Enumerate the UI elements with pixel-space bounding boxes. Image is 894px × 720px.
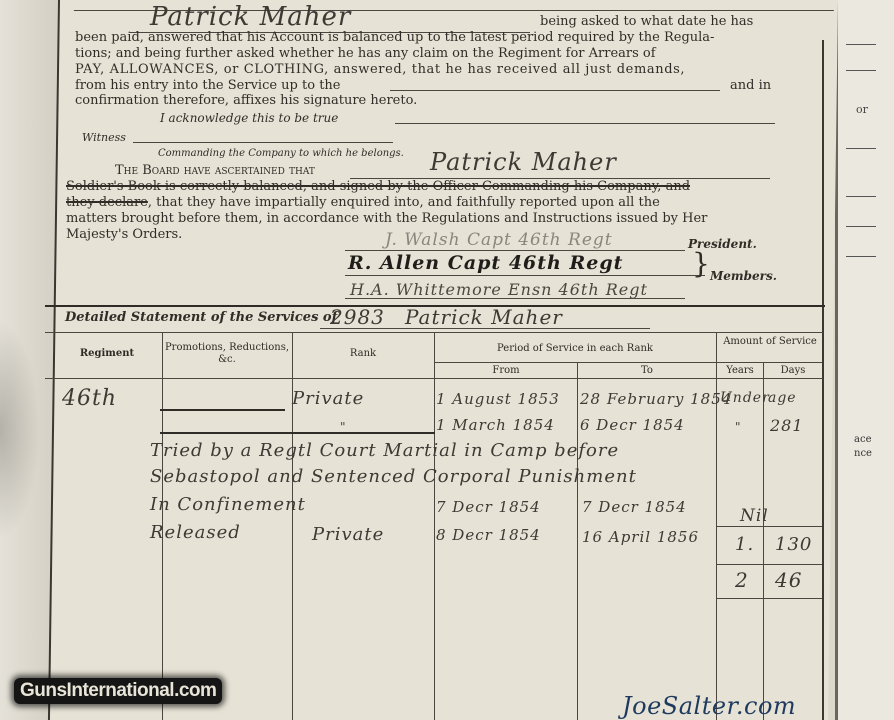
- adjacent-page-text: or: [856, 103, 868, 116]
- row-1-promotion-blank: [160, 409, 285, 411]
- joesalter-watermark: JoeSalter.com: [622, 692, 796, 720]
- row-2-years: ": [735, 420, 742, 434]
- row-1-from: 1 August 1853: [436, 390, 560, 408]
- released-to: 16 April 1856: [582, 528, 699, 546]
- header-from: From: [436, 365, 576, 377]
- header-to: To: [578, 365, 716, 377]
- column-divider: [577, 362, 578, 720]
- row-2-days: 281: [770, 416, 804, 435]
- total-bottom-line: [716, 598, 822, 599]
- header-amount: Amount of Service: [718, 336, 822, 348]
- president-signature: J. Walsh Capt 46th Regt: [385, 230, 613, 250]
- header-bottom-border: [45, 378, 823, 379]
- total-top-line: [716, 564, 822, 565]
- members-brace: }: [692, 256, 710, 272]
- acknowledge-line: [395, 123, 775, 124]
- board-line-4: Majesty's Orders.: [66, 227, 182, 243]
- header-regiment: Regiment: [62, 348, 152, 360]
- date-line: [390, 90, 720, 91]
- adjacent-page-fragment: nce: [854, 448, 872, 459]
- statement-soldier-name: Patrick Maher: [405, 305, 563, 329]
- witness-label: Witness: [82, 130, 126, 146]
- row-2-promotion-blank: [160, 432, 435, 434]
- header-rank: Rank: [294, 348, 432, 360]
- gunsinternational-watermark: GunsInternational.com: [14, 678, 222, 704]
- member-1-signature: R. Allen Capt 46th Regt: [348, 252, 623, 274]
- member-2-line: [345, 298, 685, 299]
- statement-title: Detailed Statement of the Services of: [65, 310, 337, 326]
- row-2-rank: ": [340, 420, 347, 434]
- declaration-line-5: from his entry into the Service up to th…: [75, 78, 340, 94]
- header-promotions: Promotions, Reductions, &c.: [164, 342, 290, 366]
- confinement-from: 7 Decr 1854: [436, 498, 541, 516]
- adjacent-page: or ace nce: [835, 0, 894, 720]
- president-line: [345, 250, 685, 251]
- released-label: Released: [150, 522, 241, 543]
- board-line-3: matters brought before them, in accordan…: [66, 211, 707, 227]
- note-line-3: In Confinement: [150, 494, 306, 515]
- soldier-number: 2983: [330, 305, 385, 329]
- total-days: 46: [775, 568, 802, 592]
- board-line-2-rest: , that they have impartially enquired in…: [148, 195, 660, 210]
- row-2-from: 1 March 1854: [436, 416, 555, 434]
- declaration-line-5-suffix: and in: [730, 78, 771, 94]
- note-line-2: Sebastopol and Sentenced Corporal Punish…: [150, 466, 637, 487]
- row-2-to: 6 Decr 1854: [580, 416, 685, 434]
- row-1-days: age: [768, 390, 797, 406]
- board-struck-line: Soldier's Book is correctly balanced, an…: [66, 179, 690, 195]
- confinement-years: Nil: [740, 506, 769, 526]
- header-years: Years: [717, 365, 763, 377]
- released-years: 1.: [735, 534, 754, 555]
- board-struck-text: they declare: [66, 195, 148, 210]
- page-right-border: [822, 40, 824, 720]
- members-label: Members.: [710, 268, 777, 284]
- adjacent-page-fragment: ace: [854, 434, 871, 445]
- declaration-line-6: confirmation therefore, affixes his sign…: [75, 93, 417, 109]
- witness-line: [133, 142, 393, 143]
- acknowledge-text: I acknowledge this to be true: [160, 110, 338, 126]
- column-divider: [763, 362, 764, 720]
- member-2-signature: H.A. Whittemore Ensn 46th Regt: [350, 280, 648, 299]
- note-line-1: Tried by a Regtl Court Martial in Camp b…: [150, 440, 619, 461]
- member-1-line: [345, 275, 705, 276]
- header-subdivider: [434, 362, 822, 363]
- row-1-years: Under: [720, 390, 770, 406]
- declaration-line-1: being asked to what date he has: [540, 14, 753, 30]
- commanding-label: Commanding the Company to which he belon…: [158, 146, 404, 162]
- board-soldier-name-handwritten: Patrick Maher: [430, 148, 617, 176]
- declaration-line-2: been paid, answered that his Account is …: [75, 30, 714, 46]
- total-years: 2: [735, 568, 749, 592]
- declaration-line-4: PAY, ALLOWANCES, or CLOTHING, answered, …: [75, 62, 685, 78]
- row-1-to: 28 February 1854: [580, 390, 732, 408]
- released-days: 130: [775, 534, 812, 555]
- row-1-rank: Private: [292, 388, 364, 409]
- soldier-signature-handwritten: Patrick Maher: [150, 2, 351, 32]
- board-line-2: they declare, that they have impartially…: [66, 195, 660, 211]
- released-rank: Private: [312, 524, 384, 545]
- confinement-to: 7 Decr 1854: [582, 498, 687, 516]
- header-days: Days: [764, 365, 822, 377]
- background-shadow: [0, 320, 40, 540]
- header-period: Period of Service in each Rank: [436, 343, 714, 355]
- declaration-line-3: tions; and being further asked whether h…: [75, 46, 656, 62]
- column-divider: [434, 332, 435, 720]
- row-1-regiment: 46th: [62, 386, 117, 411]
- statement-name-line: [320, 328, 650, 329]
- board-intro: The Board have ascertained that: [115, 163, 315, 179]
- confinement-row-line: [716, 526, 822, 527]
- released-from: 8 Decr 1854: [436, 526, 541, 544]
